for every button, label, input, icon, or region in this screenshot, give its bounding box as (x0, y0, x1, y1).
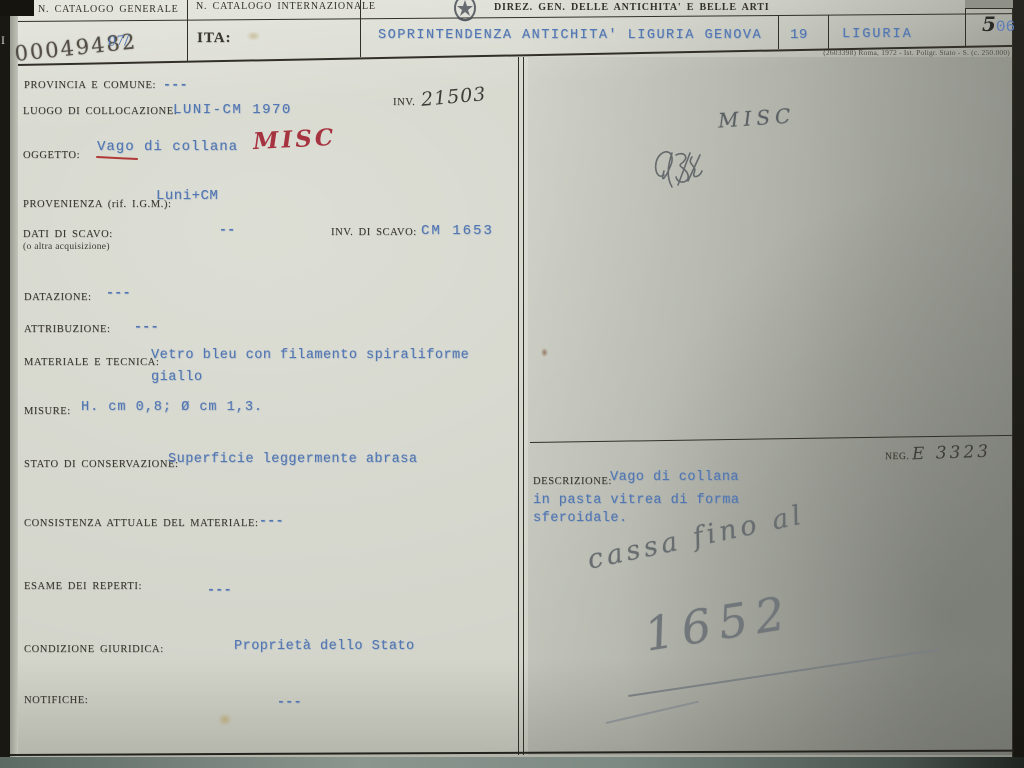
field-value-line2: giallo (151, 370, 203, 385)
header-vline-1 (187, 0, 188, 61)
stain (218, 713, 232, 726)
description-line2: in pasta vitrea di forma (533, 493, 739, 508)
card-number-box-top (965, 8, 1015, 9)
field-value: H. cm 0,8; Ø cm 1,3. (81, 400, 263, 415)
field-value: --- (277, 694, 302, 709)
field-label: ESAME DEI REPERTI: (24, 581, 142, 592)
field-value: --- (106, 285, 131, 300)
card-stack-edge (10, 0, 18, 757)
handwritten-annotation-07: 07/ (107, 33, 129, 50)
photo-edge-bottom (0, 757, 1024, 768)
field-label: CONSISTENZA ATTUALE DEL MATERIALE: (24, 518, 259, 529)
field-label: PROVENIENZA (rif. I.G.M.): (23, 199, 172, 210)
field-label: PROVINCIA E COMUNE: (24, 80, 156, 91)
field-sublabel: (o altra acquisizione) (23, 242, 110, 252)
photo-corner-topleft (0, 0, 34, 16)
region-stamp: LIGURIA (842, 27, 913, 42)
field-label: ATTRIBUZIONE: (24, 324, 111, 335)
card-number: 506 (982, 12, 1015, 36)
panel-divider-outer (518, 57, 519, 755)
neg-number-handwritten: E 3323 (912, 442, 992, 465)
card-number-printed: 06 (996, 18, 1015, 36)
code-stamp: 19 (790, 27, 808, 43)
field-label: DATI DI SCAVO: (23, 229, 113, 240)
field-label: LUOGO DI COLLOCAZIONE: (23, 106, 177, 117)
neg-label: NEG. (885, 452, 909, 462)
right-panel-shadow (528, 57, 1013, 755)
stain (541, 348, 548, 357)
field-label: NOTIFICHE: (24, 695, 88, 706)
red-annotation-misc: MISC (252, 124, 336, 155)
header-vline-5 (965, 8, 966, 47)
field-value: --- (207, 582, 232, 597)
catalog-card-photo: I N. CATALOGO GENERALE N. CATALOGO INTER… (0, 0, 1024, 768)
header-vline-4 (828, 15, 829, 49)
panel-divider-inner (523, 57, 524, 755)
field-value: Proprietà dello Stato (234, 639, 415, 654)
pencil-scribble (650, 147, 712, 198)
photo-edge-right (1013, 0, 1024, 768)
header-vline-3 (778, 15, 779, 49)
inv-label: INV. (393, 97, 415, 108)
field-value: Vago di collana (97, 139, 238, 155)
description-line3: sferoidale. (533, 511, 628, 526)
ita-label: ITA: (197, 30, 232, 47)
field-value: Luni+CM (156, 188, 218, 204)
field-value: --- (163, 77, 188, 92)
printer-imprint: (2603398) Roma, 1972 - Ist. Poligr. Stat… (823, 48, 1010, 57)
stain (246, 31, 261, 41)
field-label: MISURE: (24, 406, 71, 417)
catalogo-internazionale-label: N. CATALOGO INTERNAZIONALE (196, 1, 376, 12)
field-value: --- (259, 513, 284, 528)
field-label: MATERIALE E TECNICA: (24, 357, 159, 368)
direzione-label: DIREZ. GEN. DELLE ANTICHITA' E BELLE ART… (494, 2, 769, 13)
field-label: CONDIZIONE GIURIDICA: (24, 644, 164, 655)
soprintendenza-stamp: SOPRINTENDENZA ANTICHITA' LIGURIA GENOVA (378, 28, 762, 43)
field-label: STATO DI CONSERVAZIONE: (24, 459, 179, 470)
field-value: LUNI-CM 1970 (173, 102, 292, 118)
description-label: DESCRIZIONE: (533, 476, 612, 487)
inv-scavo-value: CM 1653 (421, 223, 494, 239)
cropped-edge-letter: I (1, 33, 5, 48)
field-value: Vetro bleu con filamento spiraliforme (151, 348, 469, 363)
field-value: Superficie leggermente abrasa (168, 452, 417, 467)
photo-edge-left (0, 0, 10, 768)
field-value: -- (219, 222, 236, 237)
field-value: --- (134, 319, 159, 334)
state-emblem-icon (449, 0, 481, 29)
description-line1: Vago di collana (610, 470, 739, 485)
card-number-handwritten: 5 (982, 12, 996, 36)
catalogo-generale-label: N. CATALOGO GENERALE (38, 4, 179, 15)
field-label: DATAZIONE: (24, 292, 92, 303)
inv-scavo-label: INV. DI SCAVO: (331, 227, 417, 238)
photo-edge-topright (965, 0, 1013, 8)
field-label: OGGETTO: (23, 150, 80, 161)
